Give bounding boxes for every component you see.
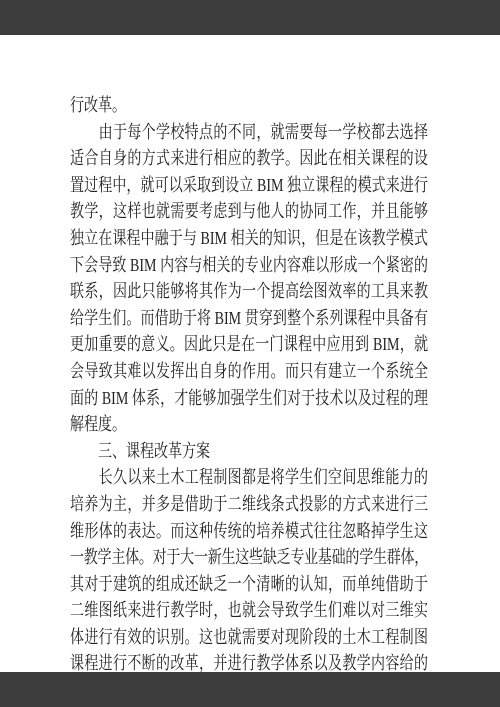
document-text-block: 行改革。 由于每个学校特点的不同，就需要每一学校都去选择 适合自身的方式来进行相… <box>70 94 428 679</box>
top-letterbox-band <box>0 0 500 35</box>
document-page: 行改革。 由于每个学校特点的不同，就需要每一学校都去选择 适合自身的方式来进行相… <box>0 35 500 672</box>
bottom-letterbox-band <box>0 672 500 707</box>
